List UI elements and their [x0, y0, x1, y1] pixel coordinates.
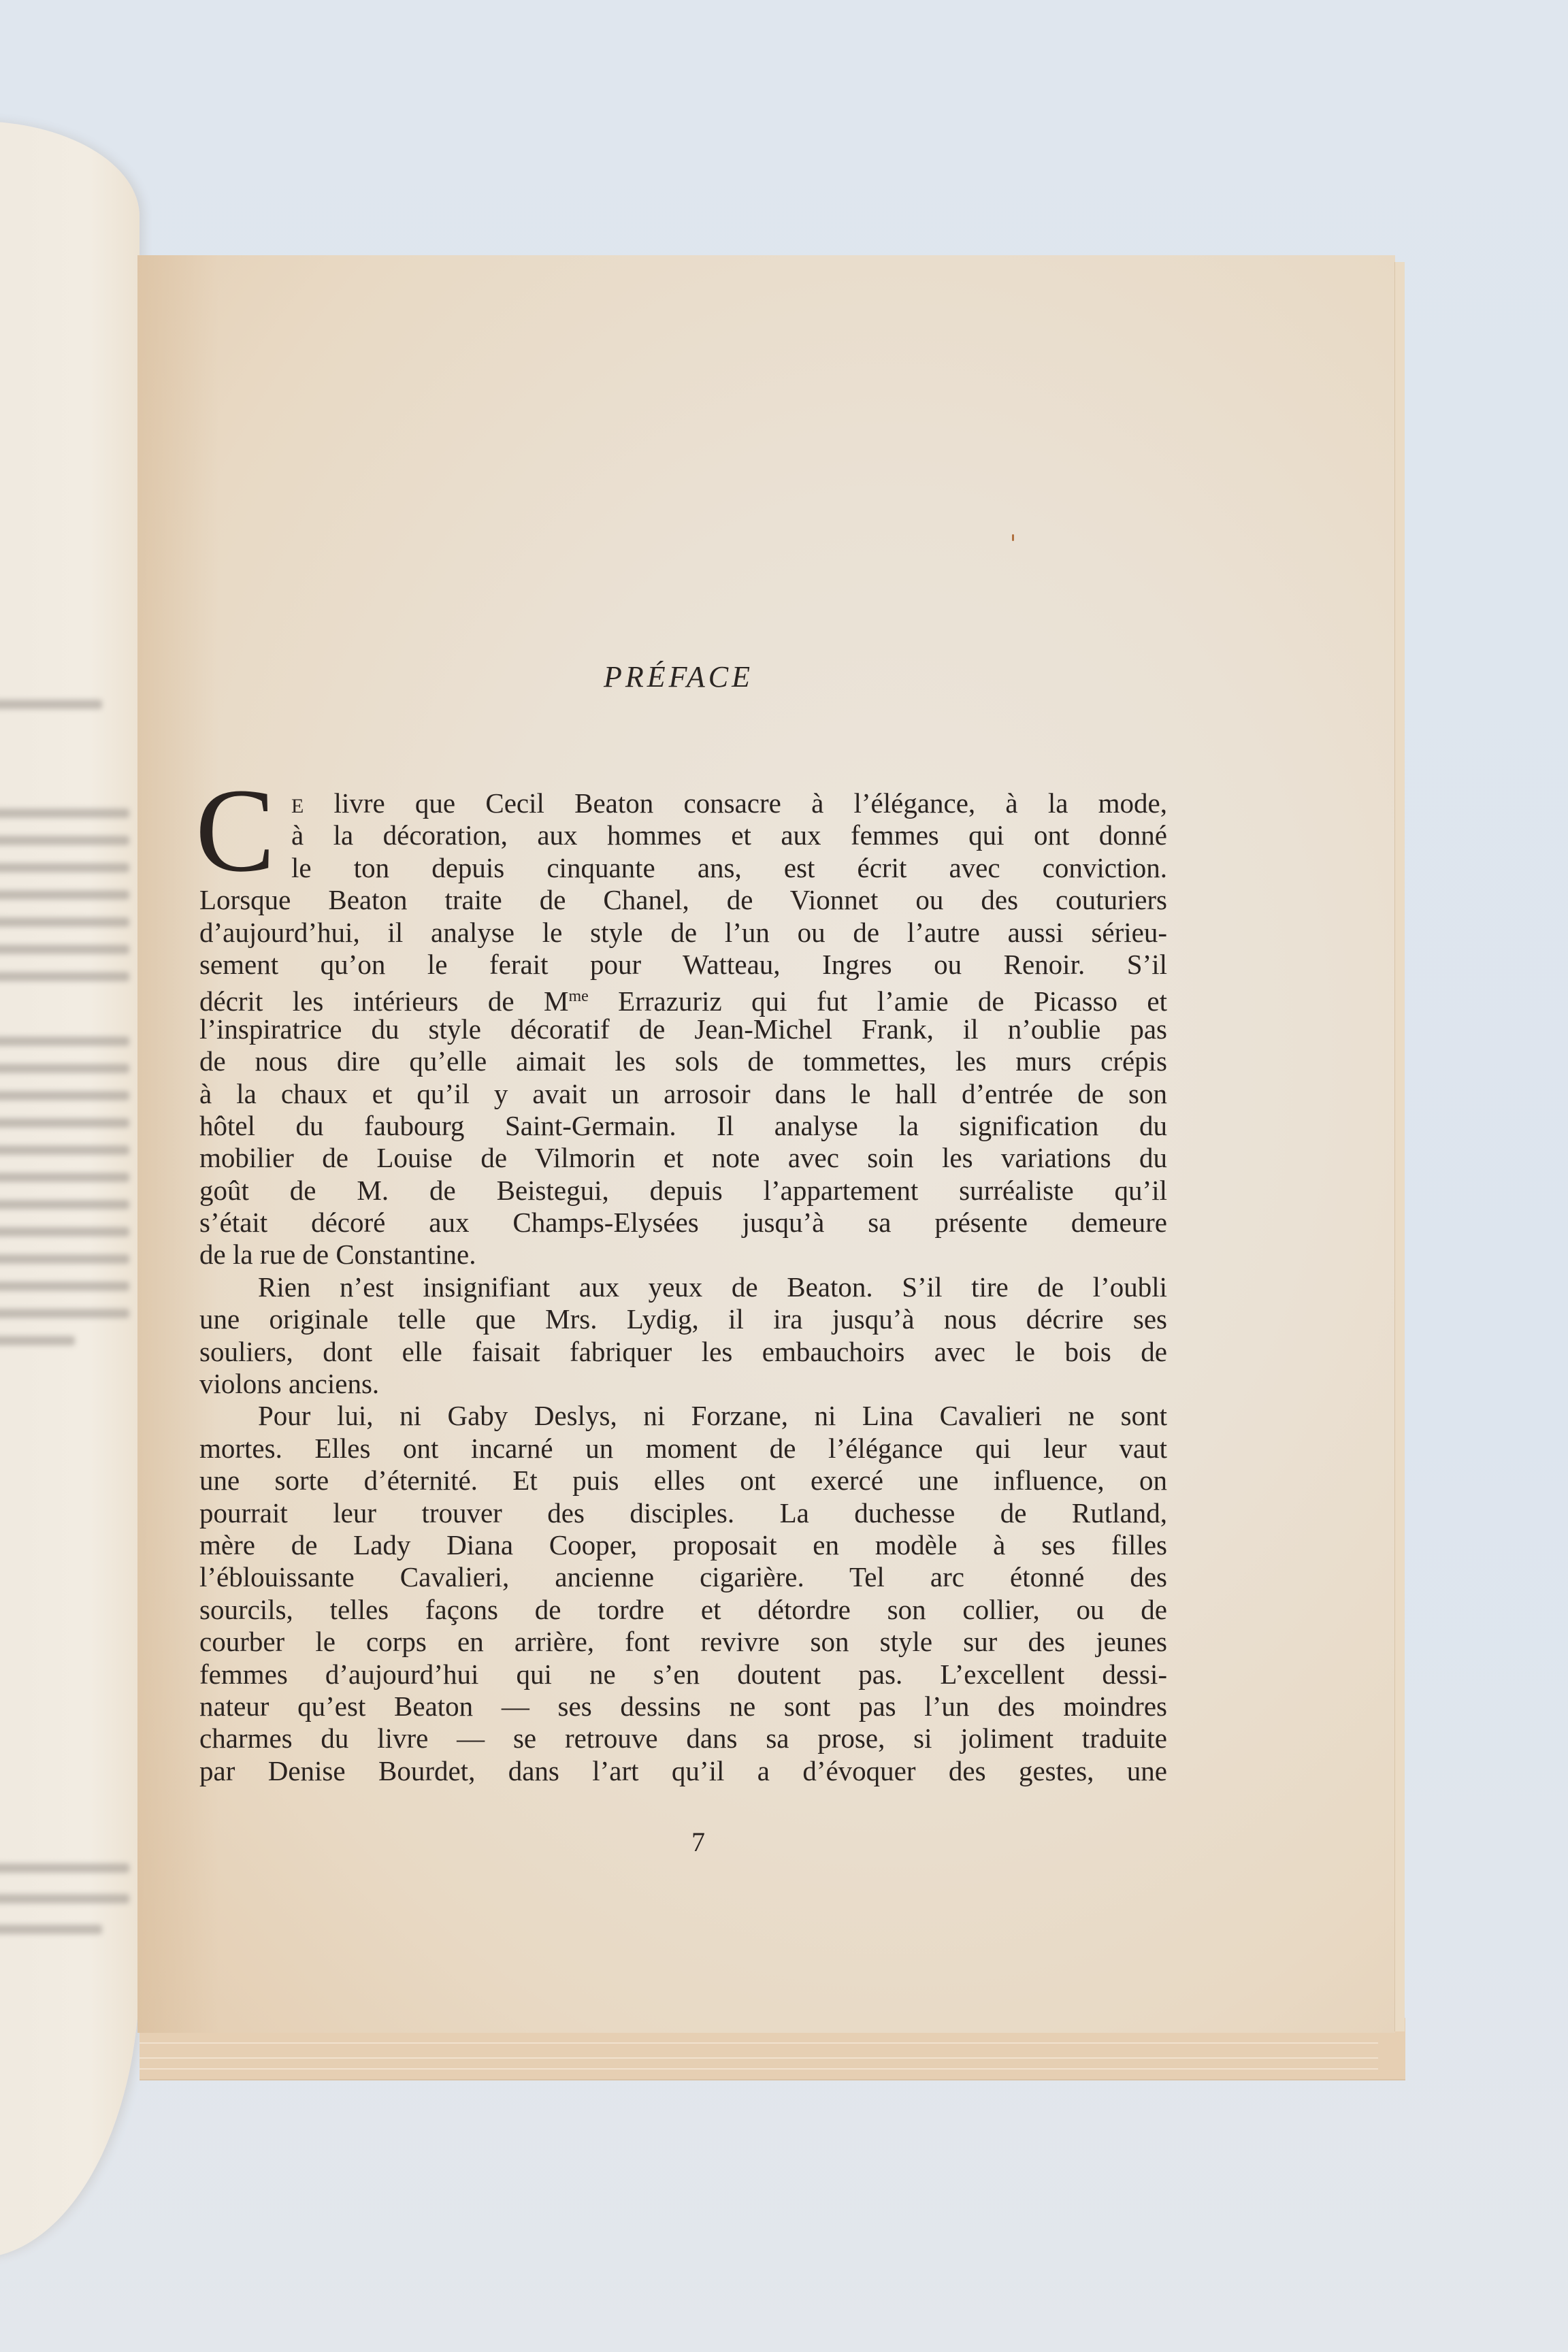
page-edge	[1394, 262, 1405, 2031]
text-line: décrit les intérieurs de Mme Errazuriz q…	[199, 981, 1167, 1013]
text-line: à la chaux et qu’il y avait un arrosoir …	[199, 1078, 1167, 1110]
blurred-line	[0, 890, 129, 900]
text-line: l’inspiratrice du style décoratif de Jea…	[199, 1013, 1167, 1045]
sheet-edge	[140, 2042, 1378, 2044]
text-line: femmes d’aujourd’hui qui ne s’en doutent…	[199, 1659, 1167, 1690]
blurred-line	[0, 1336, 75, 1345]
paper-speck	[1012, 534, 1014, 541]
text-line: violons anciens.	[199, 1368, 1167, 1400]
blurred-line	[0, 972, 129, 981]
blurred-line	[0, 1145, 129, 1155]
text-line: par Denise Bourdet, dans l’art qu’il a d…	[199, 1755, 1167, 1787]
text-line: pourrait leur trouver des disciples. La …	[199, 1497, 1167, 1529]
text-line: l’éblouissante Cavalieri, ancienne cigar…	[199, 1561, 1167, 1593]
blurred-line	[0, 1863, 129, 1873]
text-line: courber le corps en arrière, font revivr…	[199, 1626, 1167, 1658]
text-line: goût de M. de Beistegui, depuis l’appart…	[199, 1175, 1167, 1207]
text-line: charmes du livre — se retrouve dans sa p…	[199, 1722, 1167, 1754]
blurred-line	[0, 863, 129, 872]
text-line: hôtel du faubourg Saint-Germain. Il anal…	[199, 1110, 1167, 1142]
blurred-line	[0, 836, 129, 845]
blurred-line	[0, 1227, 129, 1237]
blurred-heading	[0, 700, 102, 709]
text-line: Pour lui, ni Gaby Deslys, ni Forzane, ni…	[199, 1400, 1167, 1432]
text-line: mobilier de Louise de Vilmorin et note a…	[199, 1142, 1167, 1174]
text-line: sement qu’on le ferait pour Watteau, Ing…	[199, 949, 1167, 981]
left-page-blurred-text	[0, 121, 140, 2258]
blurred-line	[0, 808, 129, 818]
blurred-line	[0, 1091, 129, 1100]
text-line: mortes. Elles ont incarné un moment de l…	[199, 1433, 1167, 1465]
blurred-line	[0, 945, 129, 954]
text-line: sourcils, telles façons de tordre et dét…	[199, 1594, 1167, 1626]
text-line: le ton depuis cinquante ans, est écrit a…	[199, 852, 1167, 884]
text-line: s’était décoré aux Champs-Elysées jusqu’…	[199, 1207, 1167, 1239]
text-line: E livre que Cecil Beaton consacre à l’él…	[199, 787, 1167, 819]
text-line: à la décoration, aux hommes et aux femme…	[199, 819, 1167, 851]
page-number: 7	[691, 1826, 705, 1858]
blurred-line	[0, 1064, 129, 1073]
blurred-line	[0, 1200, 129, 1209]
blurred-line	[0, 1894, 129, 1904]
text-line: de nous dire qu’elle aimait les sols de …	[199, 1045, 1167, 1077]
page-title: PRÉFACE	[597, 659, 760, 694]
blurred-line	[0, 1173, 129, 1182]
text-line: mère de Lady Diana Cooper, proposait en …	[199, 1529, 1167, 1561]
blurred-line	[0, 1925, 102, 1934]
blurred-line	[0, 1254, 129, 1264]
text-line: Lorsque Beaton traite de Chanel, de Vion…	[199, 884, 1167, 916]
small-cap-letter: E	[291, 795, 304, 817]
text-line: souliers, dont elle faisait fabriquer le…	[199, 1336, 1167, 1368]
text-line: Rien n’est insignifiant aux yeux de Beat…	[199, 1271, 1167, 1303]
sheet-edge	[140, 2057, 1378, 2059]
blurred-line	[0, 1036, 129, 1046]
blurred-line	[0, 1118, 129, 1128]
sheet-edge	[140, 2068, 1378, 2070]
blurred-line	[0, 1309, 129, 1318]
text-line: d’aujourd’hui, il analyse le style de l’…	[199, 917, 1167, 949]
blurred-line	[0, 917, 129, 927]
text-line: de la rue de Constantine.	[199, 1239, 1167, 1271]
right-page: PRÉFACE C E livre que Cecil Beaton consa…	[137, 255, 1395, 2033]
body-text: C E livre que Cecil Beaton consacre à l’…	[199, 787, 1167, 1787]
left-page	[0, 121, 140, 2258]
text-line: une originale telle que Mrs. Lydig, il i…	[199, 1303, 1167, 1335]
drop-cap: C	[195, 771, 275, 891]
blurred-line	[0, 1281, 129, 1291]
superscript-me: me	[568, 987, 588, 1005]
text-line: une sorte d’éternité. Et puis elles ont …	[199, 1465, 1167, 1497]
text-line: nateur qu’est Beaton — ses dessins ne so…	[199, 1690, 1167, 1722]
